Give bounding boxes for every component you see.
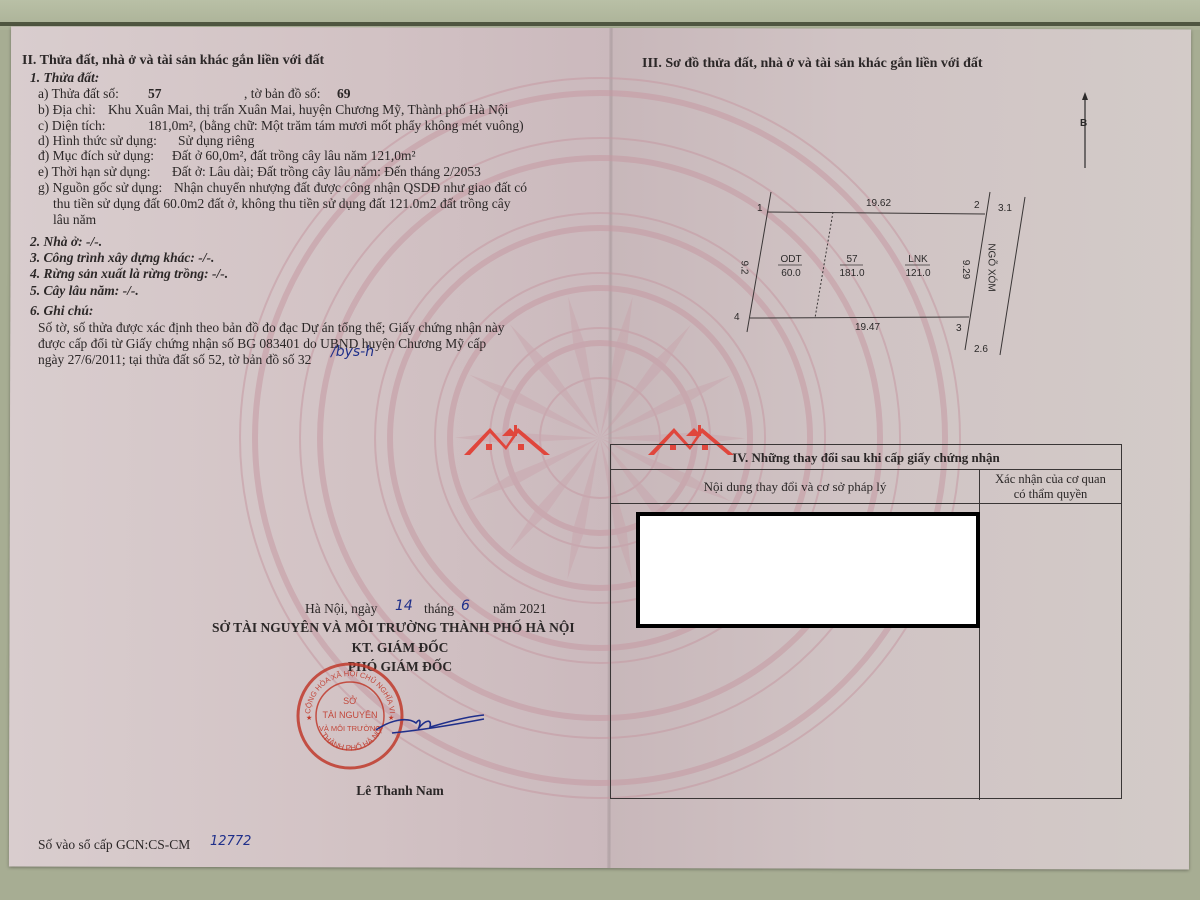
land-plot-heading: 1. Thửa đất: <box>30 70 99 86</box>
zone-lnk-code: LNK <box>903 254 933 265</box>
edge-top-length: 19.62 <box>866 198 891 209</box>
plot-area-diagram: 181.0 <box>838 268 866 279</box>
alley-width-top: 3.1 <box>998 203 1012 214</box>
area-value: 181,0m², (bằng chữ: Một trăm tám mươi mố… <box>148 118 524 134</box>
zone-odt-code: ODT <box>778 254 804 265</box>
svg-text:★: ★ <box>306 714 312 722</box>
section-iii-title: III. Sơ đồ thửa đất, nhà ở và tài sản kh… <box>642 56 983 72</box>
changes-column-confirm: Xác nhận của cơ quan có thẩm quyền <box>979 470 1121 504</box>
usage-form-label: d) Hình thức sử dụng: <box>38 133 157 149</box>
svg-text:TÀI NGUYÊN: TÀI NGUYÊN <box>322 710 377 720</box>
edge-bottom-length: 19.47 <box>855 322 880 333</box>
map-sheet-label: , tờ bản đồ số: <box>244 86 321 102</box>
confirm-header-line-2: có thẩm quyền <box>980 487 1121 502</box>
zone-lnk-area: 121.0 <box>903 268 933 279</box>
planted-forest-item: 4. Rừng sản xuất là rừng trồng: -/-. <box>30 266 228 282</box>
notes-line-3: ngày 27/6/2011; tại thửa đất số 52, tờ b… <box>38 352 311 368</box>
origin-line-3: lâu năm <box>53 212 96 228</box>
point-4: 4 <box>734 312 740 323</box>
notes-line-1: Số tờ, số thửa được xác định theo bản đồ… <box>38 320 504 336</box>
handwritten-initials: /bys-h <box>331 344 374 360</box>
north-label: B <box>1080 118 1087 129</box>
term-label: e) Thời hạn sử dụng: <box>38 164 150 180</box>
svg-text:SỞ: SỞ <box>343 695 357 706</box>
address-value: Khu Xuân Mai, thị trấn Xuân Mai, huyện C… <box>108 102 508 118</box>
plot-number: 57 <box>148 86 162 102</box>
point-1: 1 <box>757 203 763 214</box>
background-edge <box>0 22 1200 26</box>
map-sheet-number: 69 <box>337 86 351 102</box>
usage-form-value: Sử dụng riêng <box>178 133 254 149</box>
registry-number: 12772 <box>210 834 251 849</box>
purpose-value: Đất ở 60,0m², đất trồng cây lâu năm 121,… <box>172 148 416 164</box>
term-value: Đất ở: Lâu dài; Đất trồng cây lâu năm: Đ… <box>172 164 481 180</box>
zone-odt-area: 60.0 <box>778 268 804 279</box>
signature-scribble <box>372 705 492 745</box>
notes-line-2: được cấp đổi từ Giấy chứng nhận số BG 08… <box>38 336 486 352</box>
section-ii-title: II. Thửa đất, nhà ở và tài sản khác gắn … <box>22 53 324 69</box>
watermark-house-logo-icon <box>462 422 552 458</box>
origin-line-2: thu tiền sử dụng đất 60.0m2 đất ở, không… <box>53 196 510 212</box>
issuing-authority: SỞ TÀI NGUYÊN VÀ MÔI TRƯỜNG THÀNH PHỐ HÀ… <box>212 620 575 636</box>
perennial-trees-item: 5. Cây lâu năm: -/-. <box>30 283 139 299</box>
registry-label: Số vào sổ cấp GCN:CS-CM <box>38 837 190 853</box>
date-prefix: Hà Nội, ngày <box>305 601 377 617</box>
point-3: 3 <box>956 323 962 334</box>
other-construction-item: 3. Công trình xây dựng khác: -/-. <box>30 250 214 266</box>
plot-number-label: a) Thửa đất số: <box>38 86 119 102</box>
origin-line-1: Nhận chuyển nhượng đất được công nhận QS… <box>174 180 527 196</box>
point-2: 2 <box>974 200 980 211</box>
origin-label: g) Nguồn gốc sử dụng: <box>38 180 162 196</box>
plot-number-label-diagram: 57 <box>838 254 866 265</box>
date-month: 6 <box>461 598 470 614</box>
date-month-label: tháng <box>424 601 454 617</box>
edge-left-length: 9.2 <box>738 261 749 275</box>
confirm-header-line-1: Xác nhận của cơ quan <box>980 472 1121 487</box>
north-arrow-icon <box>1077 90 1093 170</box>
date-day: 14 <box>395 598 413 614</box>
notes-heading: 6. Ghi chú: <box>30 303 93 319</box>
signer-name: Lê Thanh Nam <box>300 783 500 799</box>
changes-table-title: IV. Những thay đổi sau khi cấp giấy chứn… <box>611 445 1121 470</box>
address-label: b) Địa chỉ: <box>38 102 96 118</box>
changes-column-content: Nội dung thay đổi và cơ sở pháp lý <box>611 470 979 504</box>
date-year: năm 2021 <box>493 601 547 617</box>
house-item: 2. Nhà ở: -/-. <box>30 234 102 250</box>
signer-prefix: KT. GIÁM ĐỐC <box>300 640 500 656</box>
purpose-label: đ) Mục đích sử dụng: <box>38 148 154 164</box>
alley-width-bottom: 2.6 <box>974 344 988 355</box>
alley-name: NGÕ XÓM <box>986 243 997 291</box>
edge-right-length: 9.29 <box>960 260 971 279</box>
area-label: c) Diện tích: <box>38 118 105 134</box>
redaction-box <box>636 512 980 628</box>
